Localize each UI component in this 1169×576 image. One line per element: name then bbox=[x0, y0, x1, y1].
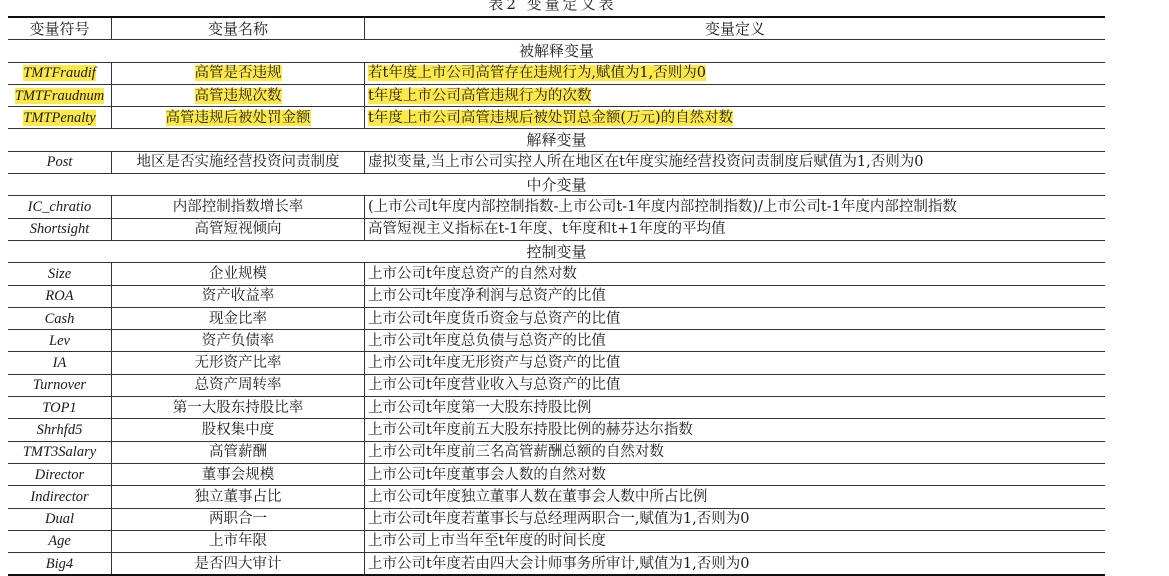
section-label: 解释变量 bbox=[8, 129, 1105, 151]
variable-definition-table: 变量符号 变量名称 变量定义 被解释变量 TMTFraudif 高管是否违规 若… bbox=[8, 16, 1105, 576]
table-row: Size 企业规模 上市公司t年度总资产的自然对数 bbox=[8, 263, 1105, 285]
table-row: IA 无形资产比率 上市公司t年度无形资产与总资产的比值 bbox=[8, 352, 1105, 374]
variable-symbol: Turnover bbox=[8, 374, 112, 396]
variable-name: 无形资产比率 bbox=[112, 352, 365, 374]
variable-symbol: TMTPenalty bbox=[23, 110, 96, 126]
table-row: Shrhfd5 股权集中度 上市公司t年度前五大股东持股比例的赫芬达尔指数 bbox=[8, 419, 1105, 441]
variable-symbol: Shrhfd5 bbox=[8, 419, 112, 441]
variable-name: 第一大股东持股比率 bbox=[112, 397, 365, 419]
table-row: Turnover 总资产周转率 上市公司t年度营业收入与总资产的比值 bbox=[8, 374, 1105, 396]
variable-name: 总资产周转率 bbox=[112, 374, 365, 396]
variable-definition: 虚拟变量,当上市公司实控人所在地区在t年度实施经营投资问责制度后赋值为1,否则为… bbox=[365, 151, 1106, 173]
variable-symbol: TOP1 bbox=[8, 397, 112, 419]
variable-definition: 上市公司t年度无形资产与总资产的比值 bbox=[365, 352, 1106, 374]
variable-definition: 若t年度上市公司高管存在违规行为,赋值为1,否则为0 bbox=[368, 65, 706, 81]
variable-definition: 上市公司t年度独立董事人数在董事会人数中所占比例 bbox=[365, 486, 1106, 508]
table-title: 表2 变量定义表 bbox=[0, 0, 1105, 14]
table-header-row: 变量符号 变量名称 变量定义 bbox=[8, 17, 1105, 40]
table-row: Director 董事会规模 上市公司t年度董事会人数的自然对数 bbox=[8, 463, 1105, 485]
variable-definition: 上市公司t年度若董事长与总经理两职合一,赋值为1,否则为0 bbox=[365, 508, 1106, 530]
table-row: Cash 现金比率 上市公司t年度货币资金与总资产的比值 bbox=[8, 307, 1105, 329]
variable-name: 上市年限 bbox=[112, 530, 365, 552]
variable-definition: t年度上市公司高管违规行为的次数 bbox=[368, 88, 591, 104]
section-label: 控制变量 bbox=[8, 240, 1105, 262]
variable-symbol: Indirector bbox=[8, 486, 112, 508]
table-row: Post 地区是否实施经营投资问责制度 虚拟变量,当上市公司实控人所在地区在t年… bbox=[8, 151, 1105, 173]
table-row: TMT3Salary 高管薪酬 上市公司t年度前三名高管薪酬总额的自然对数 bbox=[8, 441, 1105, 463]
section-row-control: 控制变量 bbox=[8, 240, 1105, 262]
variable-name: 资产收益率 bbox=[112, 285, 365, 307]
table-row: TMTPenalty 高管违规后被处罚金额 t年度上市公司高管违规后被处罚总金额… bbox=[8, 107, 1105, 129]
variable-definition: 上市公司t年度董事会人数的自然对数 bbox=[365, 463, 1106, 485]
variable-symbol: TMTFraudif bbox=[23, 65, 96, 81]
variable-symbol: Size bbox=[8, 263, 112, 285]
variable-name: 是否四大审计 bbox=[112, 553, 365, 576]
section-row-dependent: 被解释变量 bbox=[8, 40, 1105, 62]
table-row: Big4 是否四大审计 上市公司t年度若由四大会计师事务所审计,赋值为1,否则为… bbox=[8, 553, 1105, 576]
variable-definition: 上市公司t年度若由四大会计师事务所审计,赋值为1,否则为0 bbox=[365, 553, 1106, 576]
variable-name: 高管违规后被处罚金额 bbox=[166, 110, 311, 126]
variable-name: 资产负债率 bbox=[112, 330, 365, 352]
table-row: Age 上市年限 上市公司上市当年至t年度的时间长度 bbox=[8, 530, 1105, 552]
table-row: TOP1 第一大股东持股比率 上市公司t年度第一大股东持股比例 bbox=[8, 397, 1105, 419]
variable-name: 高管是否违规 bbox=[195, 65, 282, 81]
variable-symbol: Cash bbox=[8, 307, 112, 329]
variable-name: 企业规模 bbox=[112, 263, 365, 285]
variable-symbol: Dual bbox=[8, 508, 112, 530]
variable-symbol: Big4 bbox=[8, 553, 112, 576]
variable-symbol: IA bbox=[8, 352, 112, 374]
section-label: 中介变量 bbox=[8, 174, 1105, 196]
variable-name: 高管短视倾向 bbox=[112, 218, 365, 240]
table-row: Indirector 独立董事占比 上市公司t年度独立董事人数在董事会人数中所占… bbox=[8, 486, 1105, 508]
variable-definition: 上市公司t年度营业收入与总资产的比值 bbox=[365, 374, 1106, 396]
table-row: ROA 资产收益率 上市公司t年度净利润与总资产的比值 bbox=[8, 285, 1105, 307]
table-row: Shortsight 高管短视倾向 高管短视主义指标在t-1年度、t年度和t+1… bbox=[8, 218, 1105, 240]
table-row: TMTFraudif 高管是否违规 若t年度上市公司高管存在违规行为,赋值为1,… bbox=[8, 62, 1105, 84]
table-row: Lev 资产负债率 上市公司t年度总负债与总资产的比值 bbox=[8, 330, 1105, 352]
table-row: Dual 两职合一 上市公司t年度若董事长与总经理两职合一,赋值为1,否则为0 bbox=[8, 508, 1105, 530]
variable-name: 股权集中度 bbox=[112, 419, 365, 441]
header-symbol: 变量符号 bbox=[8, 17, 112, 40]
variable-name: 高管违规次数 bbox=[195, 88, 282, 104]
table-row: IC_chratio 内部控制指数增长率 (上市公司t年度内部控制指数-上市公司… bbox=[8, 196, 1105, 218]
section-label: 被解释变量 bbox=[8, 40, 1105, 62]
variable-symbol: Post bbox=[8, 151, 112, 173]
header-name: 变量名称 bbox=[112, 17, 365, 40]
variable-definition: (上市公司t年度内部控制指数-上市公司t-1年度内部控制指数)/上市公司t-1年… bbox=[365, 196, 1106, 218]
variable-definition: 上市公司t年度前三名高管薪酬总额的自然对数 bbox=[365, 441, 1106, 463]
header-definition: 变量定义 bbox=[365, 17, 1106, 40]
variable-symbol: TMT3Salary bbox=[8, 441, 112, 463]
variable-definition: 上市公司t年度前五大股东持股比例的赫芬达尔指数 bbox=[365, 419, 1106, 441]
section-row-explanatory: 解释变量 bbox=[8, 129, 1105, 151]
variable-symbol: Lev bbox=[8, 330, 112, 352]
table-row: TMTFraudnum 高管违规次数 t年度上市公司高管违规行为的次数 bbox=[8, 84, 1105, 106]
variable-definition: 上市公司t年度第一大股东持股比例 bbox=[365, 397, 1106, 419]
variable-name: 两职合一 bbox=[112, 508, 365, 530]
variable-definition: 高管短视主义指标在t-1年度、t年度和t+1年度的平均值 bbox=[365, 218, 1106, 240]
variable-symbol: ROA bbox=[8, 285, 112, 307]
variable-symbol: Shortsight bbox=[8, 218, 112, 240]
variable-name: 董事会规模 bbox=[112, 463, 365, 485]
variable-name: 内部控制指数增长率 bbox=[112, 196, 365, 218]
variable-definition: 上市公司t年度货币资金与总资产的比值 bbox=[365, 307, 1106, 329]
variable-definition: 上市公司t年度净利润与总资产的比值 bbox=[365, 285, 1106, 307]
variable-symbol: TMTFraudnum bbox=[15, 88, 104, 104]
variable-definition: t年度上市公司高管违规后被处罚总金额(万元)的自然对数 bbox=[368, 110, 733, 126]
variable-name: 地区是否实施经营投资问责制度 bbox=[112, 151, 365, 173]
variable-definition: 上市公司t年度总资产的自然对数 bbox=[365, 263, 1106, 285]
section-row-mediator: 中介变量 bbox=[8, 174, 1105, 196]
variable-symbol: Director bbox=[8, 463, 112, 485]
variable-name: 高管薪酬 bbox=[112, 441, 365, 463]
variable-name: 现金比率 bbox=[112, 307, 365, 329]
variable-definition: 上市公司上市当年至t年度的时间长度 bbox=[365, 530, 1106, 552]
variable-definition: 上市公司t年度总负债与总资产的比值 bbox=[365, 330, 1106, 352]
variable-symbol: Age bbox=[8, 530, 112, 552]
variable-symbol: IC_chratio bbox=[8, 196, 112, 218]
variable-name: 独立董事占比 bbox=[112, 486, 365, 508]
